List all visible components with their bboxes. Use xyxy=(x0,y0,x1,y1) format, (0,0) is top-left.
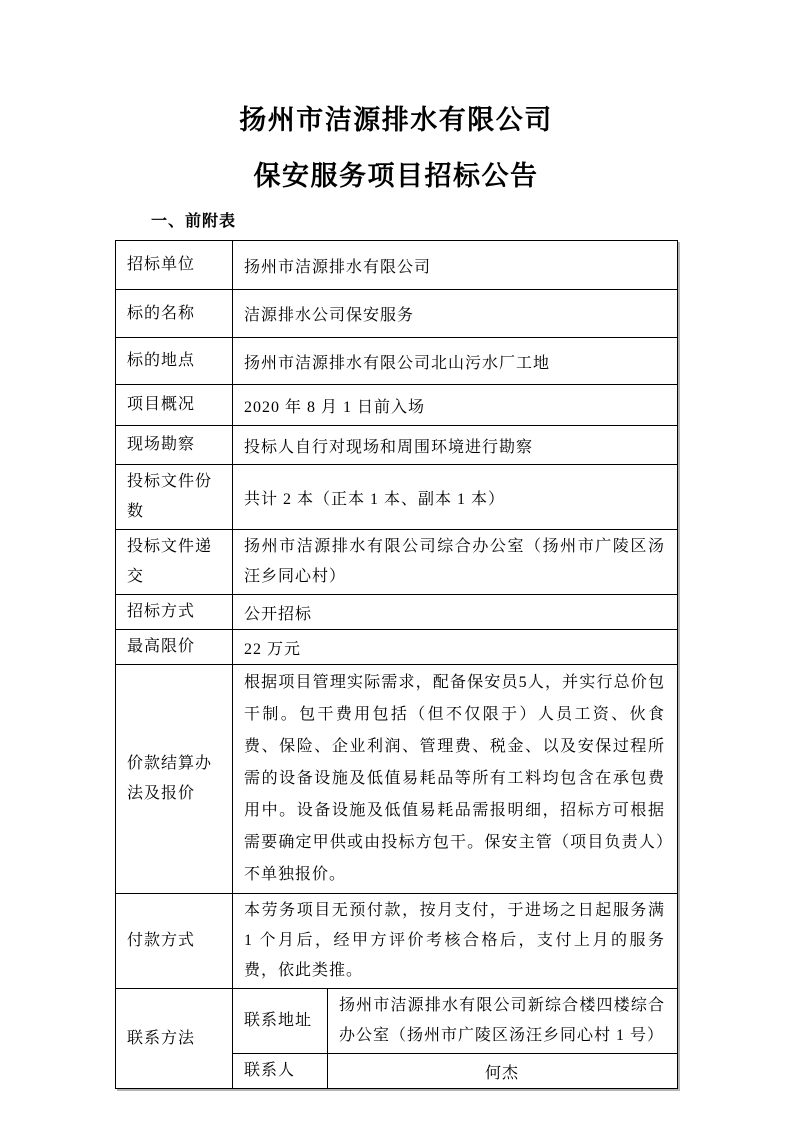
table-row: 标的地点 扬州市洁源排水有限公司北山污水厂工地 xyxy=(116,338,678,385)
label-subject-location: 标的地点 xyxy=(116,338,233,385)
value-site-survey: 投标人自行对现场和周围环境进行勘察 xyxy=(233,426,678,465)
value-bid-document-submission: 扬州市洁源排水有限公司综合办公室（扬州市广陵区汤汪乡同心村） xyxy=(233,530,678,595)
value-contact-address: 扬州市洁源排水有限公司新综合楼四楼综合办公室（扬州市广陵区汤汪乡同心村 1 号） xyxy=(328,989,678,1054)
table-row: 价款结算办法及报价 根据项目管理实际需求，配备保安员5人，并实行总价包干制。包干… xyxy=(116,665,678,894)
label-price-settlement: 价款结算办法及报价 xyxy=(116,665,233,894)
value-tender-method: 公开招标 xyxy=(233,595,678,630)
label-tender-method: 招标方式 xyxy=(116,595,233,630)
value-project-overview: 2020 年 8 月 1 日前入场 xyxy=(233,385,678,426)
label-contact-method: 联系方法 xyxy=(116,989,233,1089)
document-page: 扬州市洁源排水有限公司 保安服务项目招标公告 一、前附表 招标单位 扬州市洁源排… xyxy=(0,0,793,1122)
table-row: 项目概况 2020 年 8 月 1 日前入场 xyxy=(116,385,678,426)
table-row: 最高限价 22 万元 xyxy=(116,630,678,665)
value-tender-unit: 扬州市洁源排水有限公司 xyxy=(233,241,678,290)
label-max-price-limit: 最高限价 xyxy=(116,630,233,665)
table-row: 投标文件份数 共计 2 本（正本 1 本、副本 1 本） xyxy=(116,465,678,530)
value-max-price-limit: 22 万元 xyxy=(233,630,678,665)
table-row: 招标单位 扬州市洁源排水有限公司 xyxy=(116,241,678,290)
table-row: 付款方式 本劳务项目无预付款，按月支付，于进场之日起服务满 1 个月后，经甲方评… xyxy=(116,894,678,989)
value-bid-document-copies: 共计 2 本（正本 1 本、副本 1 本） xyxy=(233,465,678,530)
table-row: 现场勘察 投标人自行对现场和周围环境进行勘察 xyxy=(116,426,678,465)
table-row: 标的名称 洁源排水公司保安服务 xyxy=(116,290,678,338)
label-payment-method: 付款方式 xyxy=(116,894,233,989)
label-tender-unit: 招标单位 xyxy=(116,241,233,290)
label-project-overview: 项目概况 xyxy=(116,385,233,426)
label-contact-person: 联系人 xyxy=(233,1054,328,1089)
front-attached-table: 招标单位 扬州市洁源排水有限公司 标的名称 洁源排水公司保安服务 标的地点 扬州… xyxy=(115,240,678,1089)
label-bid-document-submission: 投标文件递交 xyxy=(116,530,233,595)
value-subject-name: 洁源排水公司保安服务 xyxy=(233,290,678,338)
doc-title-line-2: 保安服务项目招标公告 xyxy=(115,154,677,193)
value-contact-person: 何杰 xyxy=(328,1054,678,1089)
table-row: 招标方式 公开招标 xyxy=(116,595,678,630)
value-price-settlement: 根据项目管理实际需求，配备保安员5人，并实行总价包干制。包干费用包括（但不仅限于… xyxy=(233,665,678,894)
label-contact-address: 联系地址 xyxy=(233,989,328,1054)
value-payment-method: 本劳务项目无预付款，按月支付，于进场之日起服务满 1 个月后，经甲方评价考核合格… xyxy=(233,894,678,989)
section-heading: 一、前附表 xyxy=(151,208,236,231)
table-row: 联系方法 联系地址 扬州市洁源排水有限公司新综合楼四楼综合办公室（扬州市广陵区汤… xyxy=(116,989,678,1054)
label-bid-document-copies: 投标文件份数 xyxy=(116,465,233,530)
value-subject-location: 扬州市洁源排水有限公司北山污水厂工地 xyxy=(233,338,678,385)
label-subject-name: 标的名称 xyxy=(116,290,233,338)
label-site-survey: 现场勘察 xyxy=(116,426,233,465)
table-row: 投标文件递交 扬州市洁源排水有限公司综合办公室（扬州市广陵区汤汪乡同心村） xyxy=(116,530,678,595)
doc-title-line-1: 扬州市洁源排水有限公司 xyxy=(115,98,677,137)
